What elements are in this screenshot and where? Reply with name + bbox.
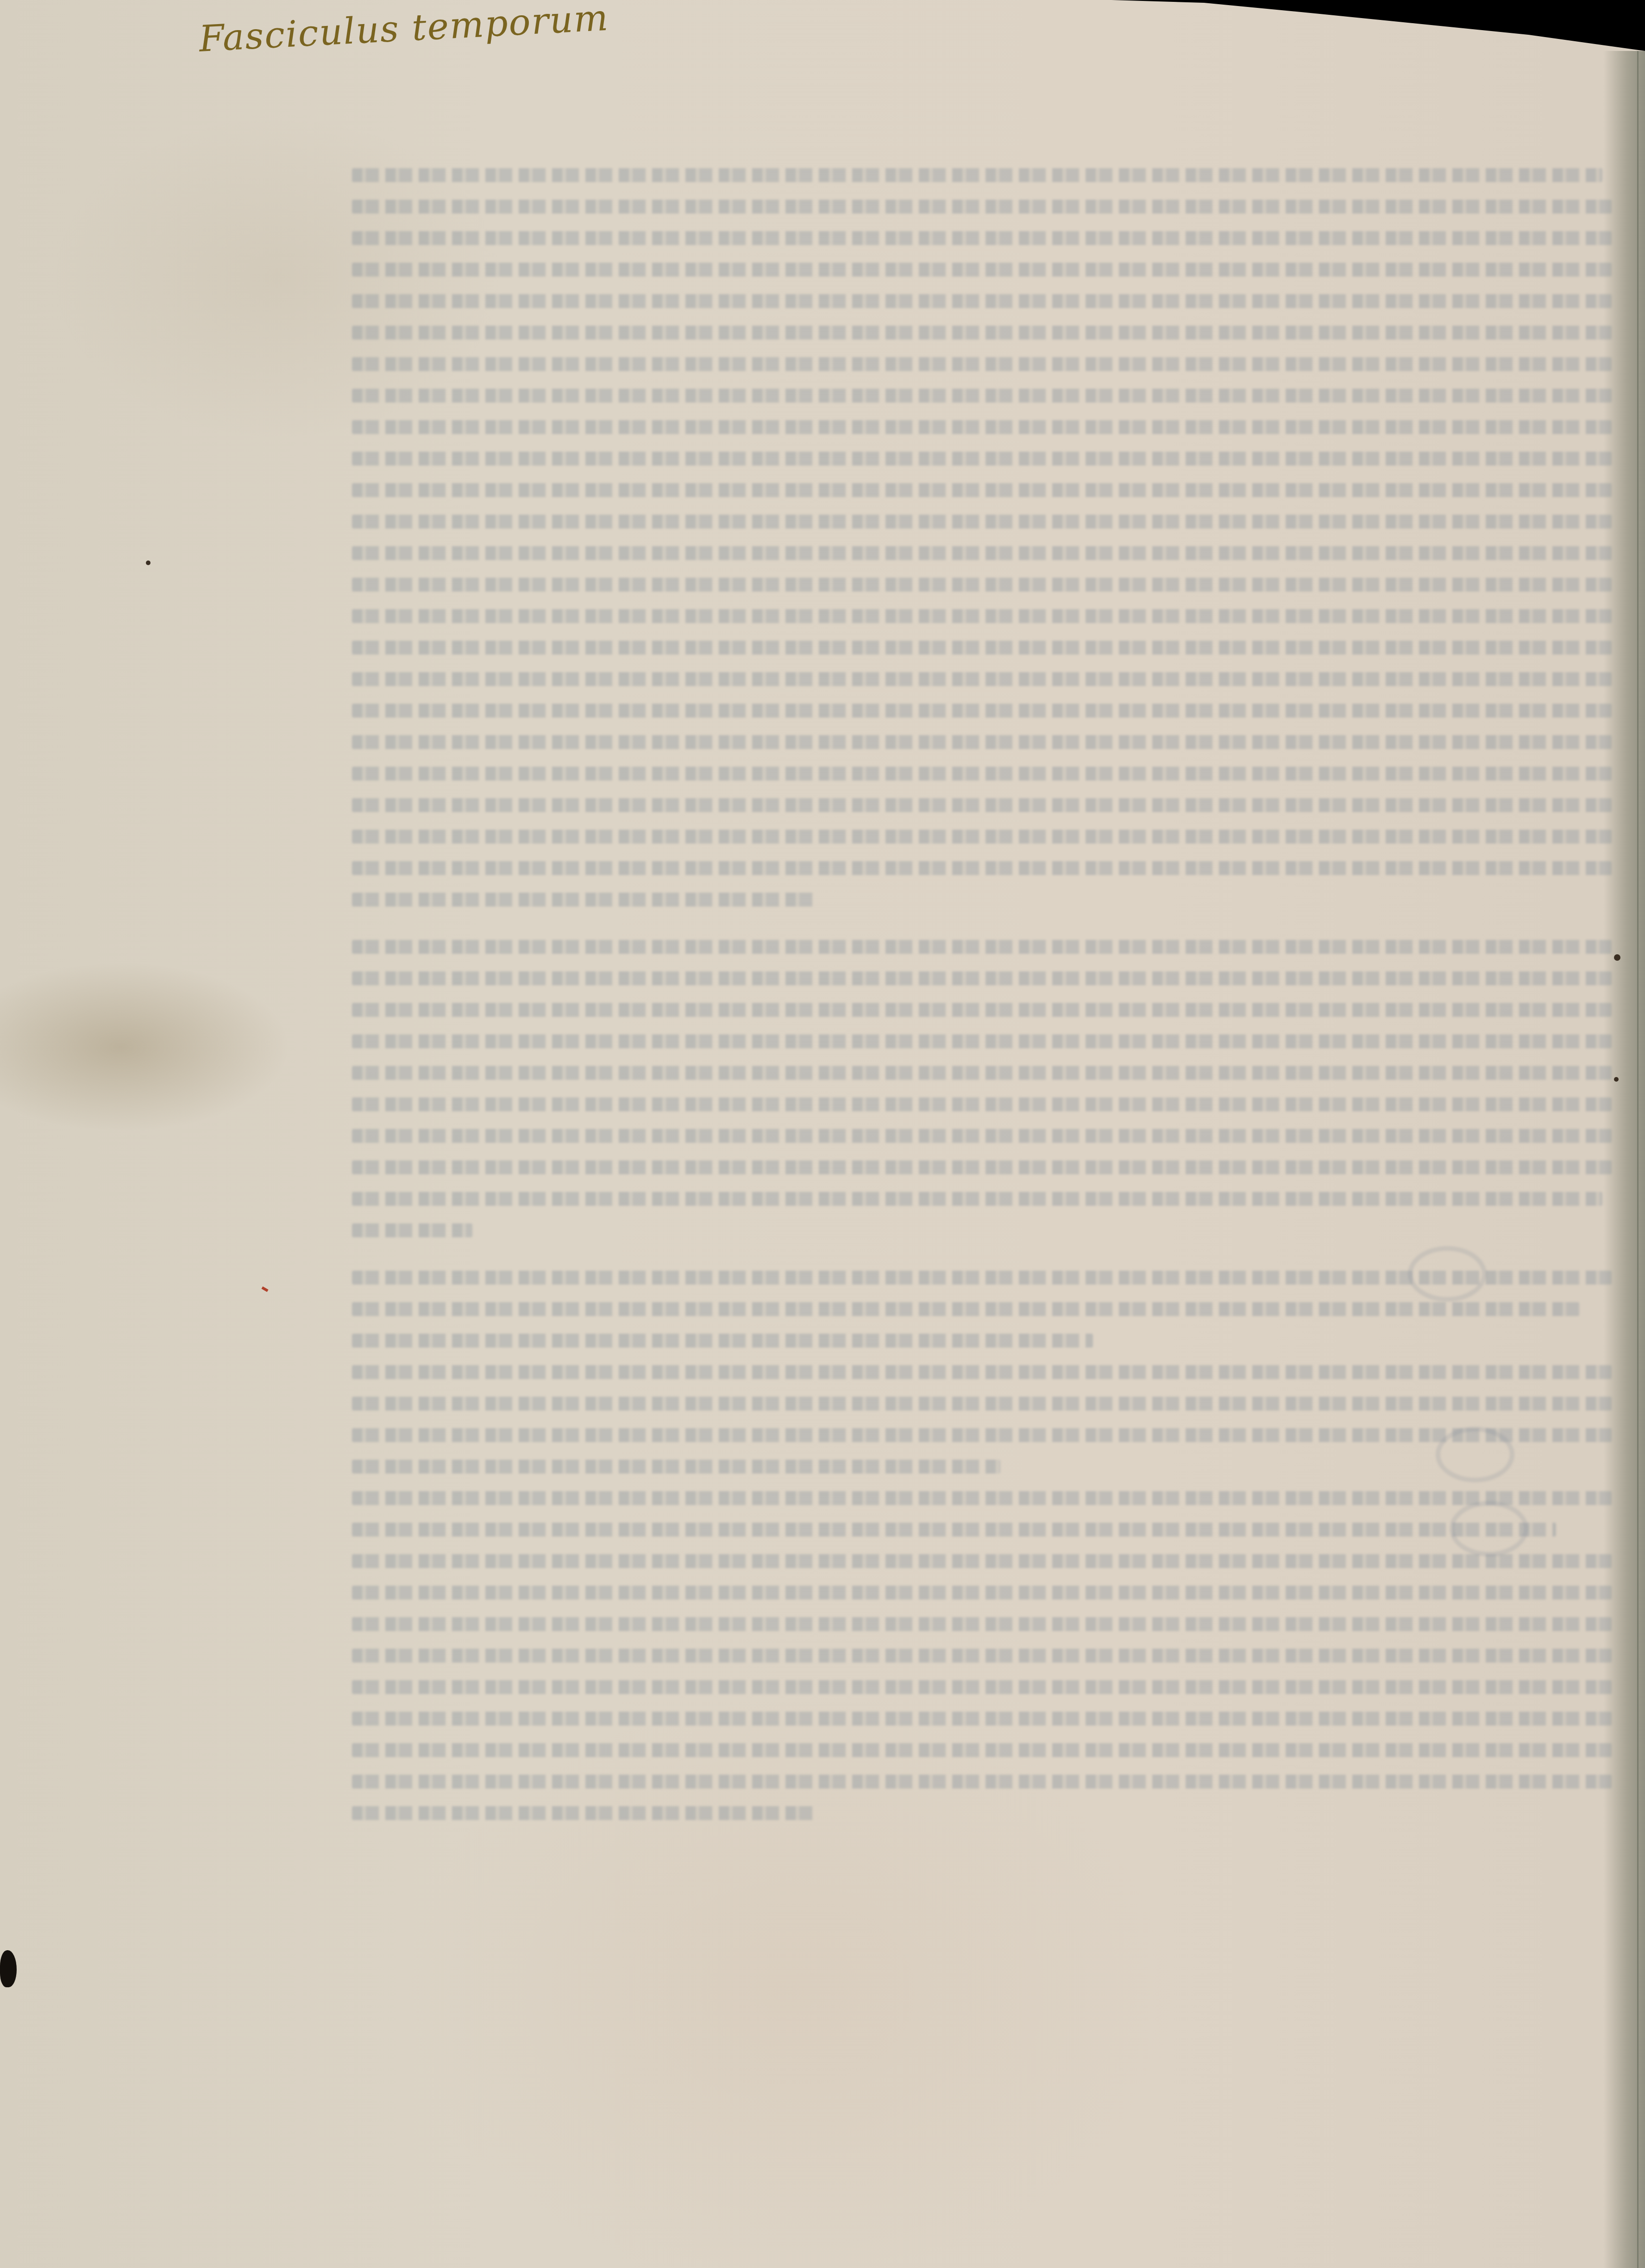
illegible-text (352, 357, 1612, 371)
illegible-text (352, 1365, 1612, 1379)
show-through-line (352, 254, 1612, 286)
show-through-line (352, 1703, 1612, 1735)
show-through-line (352, 349, 1612, 380)
show-through-line (352, 160, 1612, 191)
illegible-text (352, 1066, 1612, 1080)
show-through-line (352, 1026, 1612, 1058)
illegible-text (352, 1806, 815, 1820)
show-through-line (352, 412, 1612, 443)
show-through-line (352, 1152, 1612, 1184)
show-through-line (352, 1058, 1612, 1089)
show-through-line (352, 1640, 1612, 1672)
illegible-text (352, 940, 1612, 954)
illegible-text (352, 971, 1612, 985)
illegible-text (352, 1003, 1612, 1017)
illegible-text (352, 1523, 1556, 1537)
illegible-text (352, 1302, 1579, 1316)
illegible-text (352, 1743, 1612, 1757)
show-through-line (352, 1420, 1612, 1451)
show-through-line (352, 1672, 1612, 1703)
illegible-text (352, 483, 1612, 497)
illegible-text (352, 893, 815, 907)
show-through-line (352, 758, 1612, 790)
illegible-text (352, 1428, 1612, 1442)
illegible-text (352, 1680, 1612, 1694)
illegible-text (352, 1460, 1000, 1474)
show-through-line (352, 853, 1612, 884)
paper-speck-red (261, 1286, 268, 1292)
illegible-text (352, 1334, 1093, 1348)
illegible-text (352, 1223, 472, 1237)
illegible-text (352, 1034, 1612, 1048)
paper-speck (146, 561, 151, 565)
show-through-line (352, 695, 1612, 727)
scanned-page: Fasciculus temporum (0, 0, 1645, 2268)
show-through-line (352, 1121, 1612, 1152)
illegible-text (352, 704, 1612, 718)
illegible-text (352, 672, 1612, 686)
page-edge (1637, 51, 1639, 2268)
show-through-line (352, 1388, 1612, 1420)
ink-blot (0, 1950, 17, 1987)
illegible-text (352, 420, 1612, 434)
show-through-roundel (1450, 1501, 1528, 1556)
show-through-line (352, 995, 1612, 1026)
show-through-line (352, 963, 1612, 995)
illegible-text (352, 168, 1602, 182)
paragraph-gap (352, 916, 1612, 932)
illegible-text (352, 1491, 1612, 1505)
illegible-text (352, 767, 1612, 781)
show-through-line (352, 569, 1612, 601)
show-through-line (352, 790, 1612, 821)
show-through-line (352, 1184, 1612, 1215)
illegible-text (352, 641, 1612, 655)
handwritten-title-annotation: Fasciculus temporum (198, 0, 610, 60)
show-through-line (352, 727, 1612, 758)
show-through-line (352, 1483, 1612, 1514)
show-through-line (352, 506, 1612, 538)
illegible-text (352, 1192, 1602, 1206)
show-through-line (352, 664, 1612, 695)
illegible-text (352, 830, 1612, 844)
show-through-line (352, 1451, 1612, 1483)
illegible-text (352, 263, 1612, 277)
illegible-text (352, 609, 1612, 623)
show-through-line (352, 1546, 1612, 1577)
show-through-line (352, 1514, 1612, 1546)
show-through-line (352, 286, 1612, 317)
show-through-line (352, 1577, 1612, 1609)
show-through-line (352, 475, 1612, 506)
illegible-text (352, 389, 1612, 403)
illegible-text (352, 294, 1612, 308)
illegible-text (352, 1097, 1612, 1111)
illegible-text (352, 1617, 1612, 1631)
show-through-line (352, 380, 1612, 412)
show-through-line (352, 1766, 1612, 1798)
illegible-text (352, 1554, 1612, 1568)
show-through-roundel (1436, 1427, 1514, 1482)
show-through-line (352, 1798, 1612, 1829)
illegible-text (352, 452, 1612, 466)
show-through-line (352, 317, 1612, 349)
illegible-text (352, 200, 1612, 214)
illegible-text (352, 861, 1612, 875)
illegible-text (352, 1586, 1612, 1600)
show-through-line (352, 1609, 1612, 1640)
show-through-line (352, 191, 1612, 223)
show-through-line (352, 1325, 1612, 1357)
show-through-line (352, 223, 1612, 254)
show-through-line (352, 632, 1612, 664)
illegible-text (352, 326, 1612, 340)
show-through-line (352, 1735, 1612, 1766)
show-through-line (352, 443, 1612, 475)
illegible-text (352, 1775, 1612, 1789)
illegible-text (352, 735, 1612, 749)
illegible-text (352, 798, 1612, 812)
show-through-line (352, 1215, 1612, 1247)
paper-speck (1614, 954, 1620, 961)
show-through-line (352, 1357, 1612, 1388)
illegible-text (352, 546, 1612, 560)
illegible-text (352, 1712, 1612, 1726)
illegible-text (352, 1160, 1612, 1174)
show-through-text-block (352, 160, 1612, 1829)
show-through-line (352, 932, 1612, 963)
illegible-text (352, 1129, 1612, 1143)
illegible-text (352, 1649, 1612, 1663)
illegible-text (352, 1397, 1612, 1411)
show-through-line (352, 884, 1612, 916)
show-through-roundel (1408, 1246, 1487, 1302)
show-through-line (352, 1089, 1612, 1121)
show-through-line (352, 538, 1612, 569)
paper-speck (1614, 1077, 1619, 1082)
illegible-text (352, 231, 1612, 245)
show-through-line (352, 821, 1612, 853)
illegible-text (352, 515, 1612, 529)
illegible-text (352, 578, 1612, 592)
show-through-line (352, 601, 1612, 632)
show-through-line (352, 1294, 1612, 1325)
